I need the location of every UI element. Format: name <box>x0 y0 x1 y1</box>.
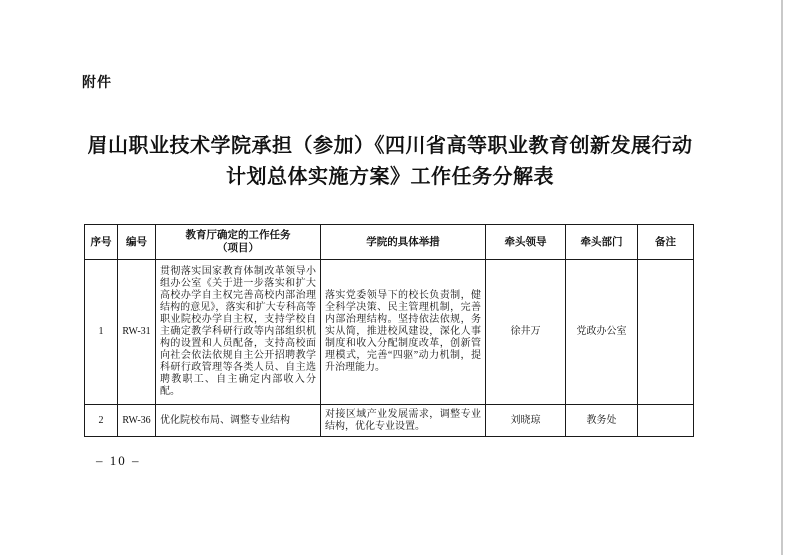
cell-remark <box>638 405 694 437</box>
header-measures: 学院的具体举措 <box>321 225 486 260</box>
table-header-row: 序号 编号 教育厅确定的工作任务 （项目） 学院的具体举措 牵头领导 牵头部门 … <box>85 225 694 260</box>
header-leader: 牵头领导 <box>486 225 566 260</box>
cell-leader: 刘晓琼 <box>486 405 566 437</box>
cell-department: 教务处 <box>566 405 638 437</box>
cell-remark <box>638 260 694 405</box>
cell-code: RW-36 <box>118 405 156 437</box>
document-title-line-1: 眉山职业技术学院承担（参加）《四川省高等职业教育创新发展行动 <box>60 131 720 162</box>
document-page: 附件 眉山职业技术学院承担（参加）《四川省高等职业教育创新发展行动 计划总体实施… <box>0 0 785 555</box>
table-row: 2 RW-36 优化院校布局、调整专业结构 对接区域产业发展需求，调整专业结构，… <box>85 405 694 437</box>
cell-code: RW-31 <box>118 260 156 405</box>
header-department: 牵头部门 <box>566 225 638 260</box>
header-remark: 备注 <box>638 225 694 260</box>
table-row: 1 RW-31 贯彻落实国家教育体制改革领导小组办公室《关于进一步落实和扩大高校… <box>85 260 694 405</box>
cell-department: 党政办公室 <box>566 260 638 405</box>
cell-seq: 1 <box>85 260 118 405</box>
document-title: 眉山职业技术学院承担（参加）《四川省高等职业教育创新发展行动 计划总体实施方案》… <box>60 131 720 193</box>
cell-measures: 对接区域产业发展需求，调整专业结构，优化专业设置。 <box>321 405 486 437</box>
cell-seq: 2 <box>85 405 118 437</box>
page-number: – 10 – <box>96 453 141 469</box>
cell-task: 优化院校布局、调整专业结构 <box>156 405 321 437</box>
cell-measures: 落实党委领导下的校长负责制，健全科学决策、民主管理机制，完善内部治理结构。坚持依… <box>321 260 486 405</box>
cell-leader: 徐井万 <box>486 260 566 405</box>
task-breakdown-table: 序号 编号 教育厅确定的工作任务 （项目） 学院的具体举措 牵头领导 牵头部门 … <box>84 224 694 437</box>
page-edge-divider <box>781 0 783 555</box>
header-task: 教育厅确定的工作任务 （项目） <box>156 225 321 260</box>
header-code: 编号 <box>118 225 156 260</box>
document-title-line-2: 计划总体实施方案》工作任务分解表 <box>60 162 720 193</box>
cell-task: 贯彻落实国家教育体制改革领导小组办公室《关于进一步落实和扩大高校办学自主权完善高… <box>156 260 321 405</box>
attachment-label: 附件 <box>82 72 112 92</box>
header-seq: 序号 <box>85 225 118 260</box>
